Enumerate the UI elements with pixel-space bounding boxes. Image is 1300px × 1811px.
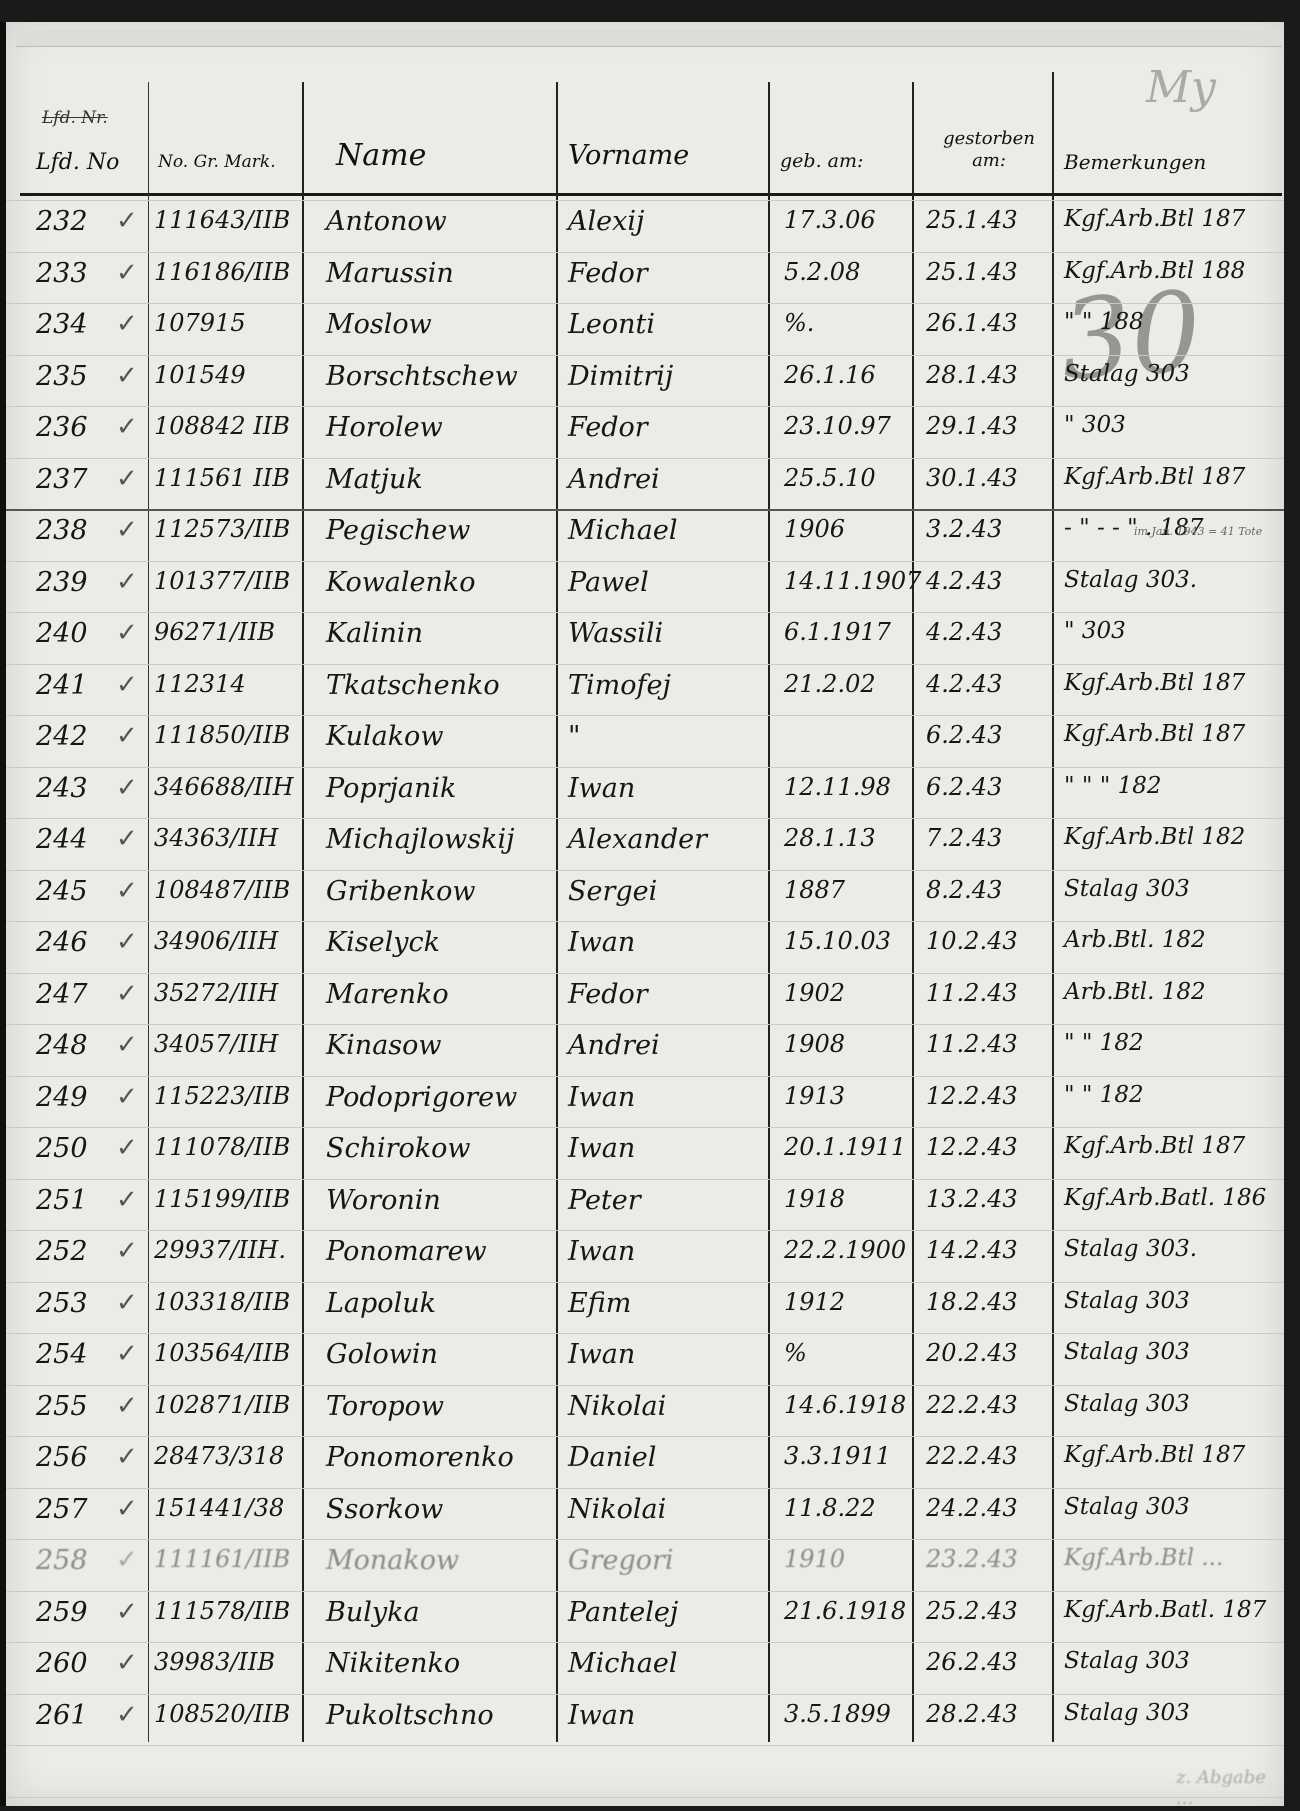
pow-number: 111850/IIB xyxy=(154,721,290,749)
pow-number: 111561 IIB xyxy=(154,464,290,492)
table-row: 252✓29937/IIH.PonomarewIwan22.2.190014.2… xyxy=(6,1230,1284,1281)
surname: Kalinin xyxy=(326,618,423,649)
check-mark-icon: ✓ xyxy=(116,1391,138,1421)
pow-number: 28473/318 xyxy=(154,1442,284,1470)
table-row: 257✓151441/38SsorkowNikolai11.8.2224.2.4… xyxy=(6,1488,1284,1539)
first-name: Nikolai xyxy=(568,1391,666,1422)
death-date: 25.2.43 xyxy=(926,1597,1018,1625)
first-name: Fedor xyxy=(568,412,648,443)
surname: Gribenkow xyxy=(326,876,476,907)
surname: Marussin xyxy=(326,258,454,289)
remarks: Kgf.Arb.Btl 187 xyxy=(1064,721,1245,747)
remarks: " " 182 xyxy=(1064,1030,1144,1056)
pow-number: 35272/IIH xyxy=(154,979,278,1007)
birth-date: 25.5.10 xyxy=(784,464,876,492)
surname: Kiselyck xyxy=(326,927,440,958)
surname: Moslow xyxy=(326,309,432,340)
table-row: 235✓101549BorschtschewDimitrij26.1.1628.… xyxy=(6,355,1284,406)
page-mark: My xyxy=(1146,62,1216,113)
remarks: " " 188 xyxy=(1064,309,1144,335)
surname: Nikitenko xyxy=(326,1648,460,1679)
table-row: 245✓108487/IIBGribenkowSergei18878.2.43S… xyxy=(6,870,1284,921)
entry-number: 237 xyxy=(36,464,88,495)
surname: Michajlowskij xyxy=(326,824,515,855)
check-mark-icon: ✓ xyxy=(116,927,138,957)
surname: Ssorkow xyxy=(326,1494,443,1525)
surname: Podoprigorew xyxy=(326,1082,517,1113)
entry-number: 250 xyxy=(36,1133,88,1164)
death-date: 4.2.43 xyxy=(926,618,1002,646)
check-mark-icon: ✓ xyxy=(116,309,138,339)
header-gestorben: gestorben am: xyxy=(920,128,1058,172)
check-mark-icon: ✓ xyxy=(116,618,138,648)
death-date: 8.2.43 xyxy=(926,876,1002,904)
entry-number: 247 xyxy=(36,979,88,1010)
entry-number: 235 xyxy=(36,361,88,392)
check-mark-icon: ✓ xyxy=(116,1030,138,1060)
entry-number: 241 xyxy=(36,670,88,701)
first-name: Iwan xyxy=(568,1133,635,1164)
pow-number: 39983/IIB xyxy=(154,1648,275,1676)
table-row: 248✓34057/IIHKinasowAndrei190811.2.43" "… xyxy=(6,1024,1284,1075)
pow-number: 29937/IIH. xyxy=(154,1236,286,1264)
entry-number: 259 xyxy=(36,1597,88,1628)
first-name: Alexij xyxy=(568,206,644,237)
entry-number: 232 xyxy=(36,206,88,237)
check-mark-icon: ✓ xyxy=(116,1236,138,1266)
birth-date: 1902 xyxy=(784,979,845,1007)
pow-number: 101377/IIB xyxy=(154,567,290,595)
pow-number: 103318/IIB xyxy=(154,1288,290,1316)
table-row: 255✓102871/IIBToropowNikolai14.6.191822.… xyxy=(6,1385,1284,1436)
check-mark-icon: ✓ xyxy=(116,876,138,906)
table-row: 249✓115223/IIBPodoprigorewIwan191312.2.4… xyxy=(6,1076,1284,1127)
entry-number: 260 xyxy=(36,1648,88,1679)
death-date: 28.2.43 xyxy=(926,1700,1018,1728)
death-date: 11.2.43 xyxy=(926,979,1018,1007)
check-mark-icon: ✓ xyxy=(116,773,138,803)
first-name: Andrei xyxy=(568,1030,660,1061)
birth-date: 28.1.13 xyxy=(784,824,876,852)
entry-number: 258 xyxy=(36,1545,88,1576)
header-bemerkungen: Bemerkungen xyxy=(1064,150,1206,174)
check-mark-icon: ✓ xyxy=(116,1339,138,1369)
entry-number: 234 xyxy=(36,309,88,340)
birth-date: 1910 xyxy=(784,1545,845,1573)
table-row: 239✓101377/IIBKowalenkoPawel14.11.19074.… xyxy=(6,561,1284,612)
entry-number: 256 xyxy=(36,1442,88,1473)
remarks: Kgf.Arb.Btl 187 xyxy=(1064,464,1245,490)
birth-date: 21.2.02 xyxy=(784,670,876,698)
table-row: 260✓39983/IIBNikitenkoMichael26.2.43Stal… xyxy=(6,1642,1284,1693)
check-mark-icon: ✓ xyxy=(116,1185,138,1215)
pow-number: 108520/IIB xyxy=(154,1700,290,1728)
first-name: Iwan xyxy=(568,1082,635,1113)
remarks: Kgf.Arb.Btl 187 xyxy=(1064,206,1245,232)
birth-date: 3.5.1899 xyxy=(784,1700,891,1728)
surname: Kulakow xyxy=(326,721,443,752)
death-date: 11.2.43 xyxy=(926,1030,1018,1058)
birth-date: 3.3.1911 xyxy=(784,1442,891,1470)
remarks: " " 182 xyxy=(1064,1082,1144,1108)
death-date: 10.2.43 xyxy=(926,927,1018,955)
pow-number: 34363/IIH xyxy=(154,824,278,852)
entry-number: 248 xyxy=(36,1030,88,1061)
pow-number: 111578/IIB xyxy=(154,1597,290,1625)
death-date: 4.2.43 xyxy=(926,567,1002,595)
entry-number: 251 xyxy=(36,1185,88,1216)
check-mark-icon: ✓ xyxy=(116,464,138,494)
entry-number: 245 xyxy=(36,876,88,907)
death-date: 3.2.43 xyxy=(926,515,1002,543)
pow-number: 103564/IIB xyxy=(154,1339,290,1367)
birth-date: 23.10.97 xyxy=(784,412,891,440)
first-name: Peter xyxy=(568,1185,641,1216)
surname: Lapoluk xyxy=(326,1288,436,1319)
check-mark-icon: ✓ xyxy=(116,1494,138,1524)
table-row: 258✓111161/IIBMonakowGregori191023.2.43K… xyxy=(6,1539,1284,1590)
header-rule xyxy=(20,193,1282,196)
remarks: Kgf.Arb.Btl ... xyxy=(1064,1545,1223,1571)
header-name: Name xyxy=(336,138,426,173)
remarks: Stalag 303 xyxy=(1064,1391,1190,1417)
check-mark-icon: ✓ xyxy=(116,979,138,1009)
check-mark-icon: ✓ xyxy=(116,206,138,236)
entry-number: 255 xyxy=(36,1391,88,1422)
death-date: 24.2.43 xyxy=(926,1494,1018,1522)
entry-number: 238 xyxy=(36,515,88,546)
table-row: 254✓103564/IIBGolowinIwan%20.2.43Stalag … xyxy=(6,1333,1284,1384)
death-date: 7.2.43 xyxy=(926,824,1002,852)
death-date: 23.2.43 xyxy=(926,1545,1018,1573)
pow-number: 34906/IIH xyxy=(154,927,278,955)
table-row: 241✓112314TkatschenkoTimofej21.2.024.2.4… xyxy=(6,664,1284,715)
remarks: Stalag 303. xyxy=(1064,1236,1197,1262)
table-row: 234✓107915MoslowLeonti%.26.1.43" " 188 xyxy=(6,303,1284,354)
first-name: Pawel xyxy=(568,567,649,598)
entry-number: 236 xyxy=(36,412,88,443)
pow-number: 108842 IIB xyxy=(154,412,290,440)
pow-number: 111643/IIB xyxy=(154,206,290,234)
entry-number: 254 xyxy=(36,1339,88,1370)
death-date: 22.2.43 xyxy=(926,1391,1018,1419)
header-gestorben-line1: gestorben xyxy=(920,128,1058,150)
header-geb-am: geb. am: xyxy=(780,150,863,172)
death-date: 22.2.43 xyxy=(926,1442,1018,1470)
birth-date: %. xyxy=(784,309,814,337)
table-row: 232✓111643/IIBAntonowAlexij17.3.0625.1.4… xyxy=(6,200,1284,251)
pow-number: 108487/IIB xyxy=(154,876,290,904)
check-mark-icon: ✓ xyxy=(116,361,138,391)
surname: Poprjanik xyxy=(326,773,456,804)
remarks: Arb.Btl. 182 xyxy=(1064,979,1206,1005)
death-date: 13.2.43 xyxy=(926,1185,1018,1213)
check-mark-icon: ✓ xyxy=(116,670,138,700)
entry-number: 249 xyxy=(36,1082,88,1113)
page-stack-edge xyxy=(16,30,1282,47)
first-name: Iwan xyxy=(568,927,635,958)
first-name: " xyxy=(568,721,580,752)
remarks: Kgf.Arb.Btl 187 xyxy=(1064,1133,1245,1159)
birth-date: 12.11.98 xyxy=(784,773,891,801)
remarks: " 303 xyxy=(1064,618,1126,644)
surname: Kinasow xyxy=(326,1030,442,1061)
first-name: Andrei xyxy=(568,464,660,495)
death-date: 25.1.43 xyxy=(926,206,1018,234)
first-name: Iwan xyxy=(568,773,635,804)
check-mark-icon: ✓ xyxy=(116,1648,138,1678)
remarks: Stalag 303 xyxy=(1064,1494,1190,1520)
death-date: 6.2.43 xyxy=(926,721,1002,749)
table-row: 250✓111078/IIBSchirokowIwan20.1.191112.2… xyxy=(6,1127,1284,1178)
birth-date: 1908 xyxy=(784,1030,845,1058)
check-mark-icon: ✓ xyxy=(116,567,138,597)
entry-number: 246 xyxy=(36,927,88,958)
first-name: Michael xyxy=(568,515,678,546)
first-name: Nikolai xyxy=(568,1494,666,1525)
first-name: Daniel xyxy=(568,1442,656,1473)
first-name: Fedor xyxy=(568,258,648,289)
table-row: 238✓112573/IIBPegischewMichael19063.2.43… xyxy=(6,509,1284,560)
table-row: 251✓115199/IIBWoroninPeter191813.2.43Kgf… xyxy=(6,1179,1284,1230)
remarks: Stalag 303 xyxy=(1064,876,1190,902)
table-row: 256✓28473/318PonomorenkoDaniel3.3.191122… xyxy=(6,1436,1284,1487)
birth-date: 20.1.1911 xyxy=(784,1133,906,1161)
first-name: Iwan xyxy=(568,1700,635,1731)
check-mark-icon: ✓ xyxy=(116,1545,138,1575)
table-row: 242✓111850/IIBKulakow"6.2.43Kgf.Arb.Btl … xyxy=(6,715,1284,766)
check-mark-icon: ✓ xyxy=(116,1597,138,1627)
birth-date: 14.6.1918 xyxy=(784,1391,906,1419)
remarks: Stalag 303 xyxy=(1064,1648,1190,1674)
birth-date: 22.2.1900 xyxy=(784,1236,906,1264)
death-date: 18.2.43 xyxy=(926,1288,1018,1316)
remarks: " 303 xyxy=(1064,412,1126,438)
death-date: 30.1.43 xyxy=(926,464,1018,492)
pow-number: 346688/IIH xyxy=(154,773,294,801)
pow-number: 34057/IIH xyxy=(154,1030,278,1058)
check-mark-icon: ✓ xyxy=(116,1700,138,1730)
pow-number: 151441/38 xyxy=(154,1494,284,1522)
surname: Horolew xyxy=(326,412,443,443)
header-lfd-no: Lfd. No xyxy=(36,150,119,175)
footer-note: z. Abgabe ... xyxy=(1176,1767,1284,1809)
check-mark-icon: ✓ xyxy=(116,824,138,854)
death-date: 29.1.43 xyxy=(926,412,1018,440)
table-row: 237✓111561 IIBMatjukAndrei25.5.1030.1.43… xyxy=(6,458,1284,509)
surname: Borschtschew xyxy=(326,361,518,392)
surname: Toropow xyxy=(326,1391,444,1422)
entry-number: 233 xyxy=(36,258,88,289)
first-name: Fedor xyxy=(568,979,648,1010)
pow-number: 115199/IIB xyxy=(154,1185,290,1213)
header-gestorben-line2: am: xyxy=(920,150,1058,172)
check-mark-icon: ✓ xyxy=(116,1442,138,1472)
surname: Bulyka xyxy=(326,1597,420,1628)
death-date: 6.2.43 xyxy=(926,773,1002,801)
entry-number: 252 xyxy=(36,1236,88,1267)
header-crossed-out: Lfd. Nr. xyxy=(42,108,108,128)
surname: Woronin xyxy=(326,1185,441,1216)
pow-number: 107915 xyxy=(154,309,246,337)
pow-number: 101549 xyxy=(154,361,246,389)
pow-number: 116186/IIB xyxy=(154,258,290,286)
death-date: 14.2.43 xyxy=(926,1236,1018,1264)
check-mark-icon: ✓ xyxy=(116,412,138,442)
death-date: 12.2.43 xyxy=(926,1133,1018,1161)
remarks: Stalag 303 xyxy=(1064,361,1190,387)
surname: Kowalenko xyxy=(326,567,476,598)
pow-number: 115223/IIB xyxy=(154,1082,290,1110)
first-name: Efim xyxy=(568,1288,631,1319)
surname: Schirokow xyxy=(326,1133,471,1164)
surname: Pukoltschno xyxy=(326,1700,494,1731)
first-name: Alexander xyxy=(568,824,707,855)
pow-number: 111161/IIB xyxy=(154,1545,290,1573)
death-date: 4.2.43 xyxy=(926,670,1002,698)
birth-date: 1906 xyxy=(784,515,845,543)
check-mark-icon: ✓ xyxy=(116,258,138,288)
birth-date: 26.1.16 xyxy=(784,361,876,389)
ruled-line xyxy=(6,1745,1284,1746)
birth-date: 1887 xyxy=(784,876,845,904)
surname: Marenko xyxy=(326,979,449,1010)
entry-number: 261 xyxy=(36,1700,88,1731)
birth-date: 15.10.03 xyxy=(784,927,891,955)
row-237-note: im Jan. 1943 = 41 Tote xyxy=(1134,525,1262,538)
first-name: Gregori xyxy=(568,1545,674,1576)
entry-number: 244 xyxy=(36,824,88,855)
first-name: Dimitrij xyxy=(568,361,673,392)
surname: Golowin xyxy=(326,1339,438,1370)
entry-number: 240 xyxy=(36,618,88,649)
first-name: Timofej xyxy=(568,670,671,701)
remarks: Kgf.Arb.Btl 187 xyxy=(1064,1442,1245,1468)
birth-date: 1918 xyxy=(784,1185,845,1213)
first-name: Leonti xyxy=(568,309,655,340)
remarks: " " " 182 xyxy=(1064,773,1162,799)
table-row: 261✓108520/IIBPukoltschnoIwan3.5.189928.… xyxy=(6,1694,1284,1745)
death-date: 26.1.43 xyxy=(926,309,1018,337)
table-row: 244✓34363/IIHMichajlowskijAlexander28.1.… xyxy=(6,818,1284,869)
header-vorname: Vorname xyxy=(568,140,689,171)
surname: Monakow xyxy=(326,1545,459,1576)
surname: Pegischew xyxy=(326,515,470,546)
entry-number: 242 xyxy=(36,721,88,752)
pow-number: 112314 xyxy=(154,670,246,698)
table-row: 247✓35272/IIHMarenkoFedor190211.2.43Arb.… xyxy=(6,973,1284,1024)
death-date: 26.2.43 xyxy=(926,1648,1018,1676)
header-pw-no: No. Gr. Mark. xyxy=(158,152,276,172)
check-mark-icon: ✓ xyxy=(116,1288,138,1318)
birth-date: 21.6.1918 xyxy=(784,1597,906,1625)
table-row: 233✓116186/IIBMarussinFedor5.2.0825.1.43… xyxy=(6,252,1284,303)
remarks: Stalag 303 xyxy=(1064,1339,1190,1365)
entry-number: 243 xyxy=(36,773,88,804)
remarks: Arb.Btl. 182 xyxy=(1064,927,1206,953)
check-mark-icon: ✓ xyxy=(116,1082,138,1112)
first-name: Pantelej xyxy=(568,1597,678,1628)
first-name: Wassili xyxy=(568,618,663,649)
ruled-line xyxy=(6,1797,1284,1798)
death-date: 12.2.43 xyxy=(926,1082,1018,1110)
table-row: 236✓108842 IIBHorolewFedor23.10.9729.1.4… xyxy=(6,406,1284,457)
table-row: 246✓34906/IIHKiselyckIwan15.10.0310.2.43… xyxy=(6,921,1284,972)
remarks: Kgf.Arb.Btl 182 xyxy=(1064,824,1245,850)
birth-date: 17.3.06 xyxy=(784,206,876,234)
death-date: 25.1.43 xyxy=(926,258,1018,286)
remarks: Stalag 303 xyxy=(1064,1700,1190,1726)
check-mark-icon: ✓ xyxy=(116,515,138,545)
first-name: Iwan xyxy=(568,1236,635,1267)
birth-date: 11.8.22 xyxy=(784,1494,876,1522)
first-name: Iwan xyxy=(568,1339,635,1370)
remarks: Kgf.Arb.Btl 188 xyxy=(1064,258,1245,284)
remarks: Kgf.Arb.Btl 187 xyxy=(1064,670,1245,696)
check-mark-icon: ✓ xyxy=(116,1133,138,1163)
ledger-page: My 30 Lfd. Nr. Lfd. No No. Gr. Mark. Nam… xyxy=(6,22,1284,1806)
table-row: 243✓346688/IIHPoprjanikIwan12.11.986.2.4… xyxy=(6,767,1284,818)
birth-date: % xyxy=(784,1339,807,1367)
table-row: 259✓111578/IIBBulykaPantelej21.6.191825.… xyxy=(6,1591,1284,1642)
pow-number: 112573/IIB xyxy=(154,515,290,543)
pow-number: 102871/IIB xyxy=(154,1391,290,1419)
death-date: 28.1.43 xyxy=(926,361,1018,389)
table-row: 253✓103318/IIBLapolukEfim191218.2.43Stal… xyxy=(6,1282,1284,1333)
pow-number: 111078/IIB xyxy=(154,1133,290,1161)
remarks: Stalag 303 xyxy=(1064,1288,1190,1314)
pow-number: 96271/IIB xyxy=(154,618,275,646)
surname: Matjuk xyxy=(326,464,423,495)
birth-date: 14.11.1907 xyxy=(784,567,921,595)
entry-number: 257 xyxy=(36,1494,88,1525)
death-date: 20.2.43 xyxy=(926,1339,1018,1367)
birth-date: 6.1.1917 xyxy=(784,618,891,646)
remarks: Kgf.Arb.Batl. 186 xyxy=(1064,1185,1266,1211)
table-row: 240✓96271/IIBKalininWassili6.1.19174.2.4… xyxy=(6,612,1284,663)
entry-number: 253 xyxy=(36,1288,88,1319)
surname: Tkatschenko xyxy=(326,670,500,701)
surname: Antonow xyxy=(326,206,447,237)
birth-date: 5.2.08 xyxy=(784,258,860,286)
surname: Ponomarew xyxy=(326,1236,487,1267)
surname: Ponomorenko xyxy=(326,1442,514,1473)
birth-date: 1913 xyxy=(784,1082,845,1110)
remarks: Stalag 303. xyxy=(1064,567,1197,593)
birth-date: 1912 xyxy=(784,1288,845,1316)
first-name: Sergei xyxy=(568,876,657,907)
first-name: Michael xyxy=(568,1648,678,1679)
remarks: Kgf.Arb.Batl. 187 xyxy=(1064,1597,1266,1623)
check-mark-icon: ✓ xyxy=(116,721,138,751)
entry-number: 239 xyxy=(36,567,88,598)
